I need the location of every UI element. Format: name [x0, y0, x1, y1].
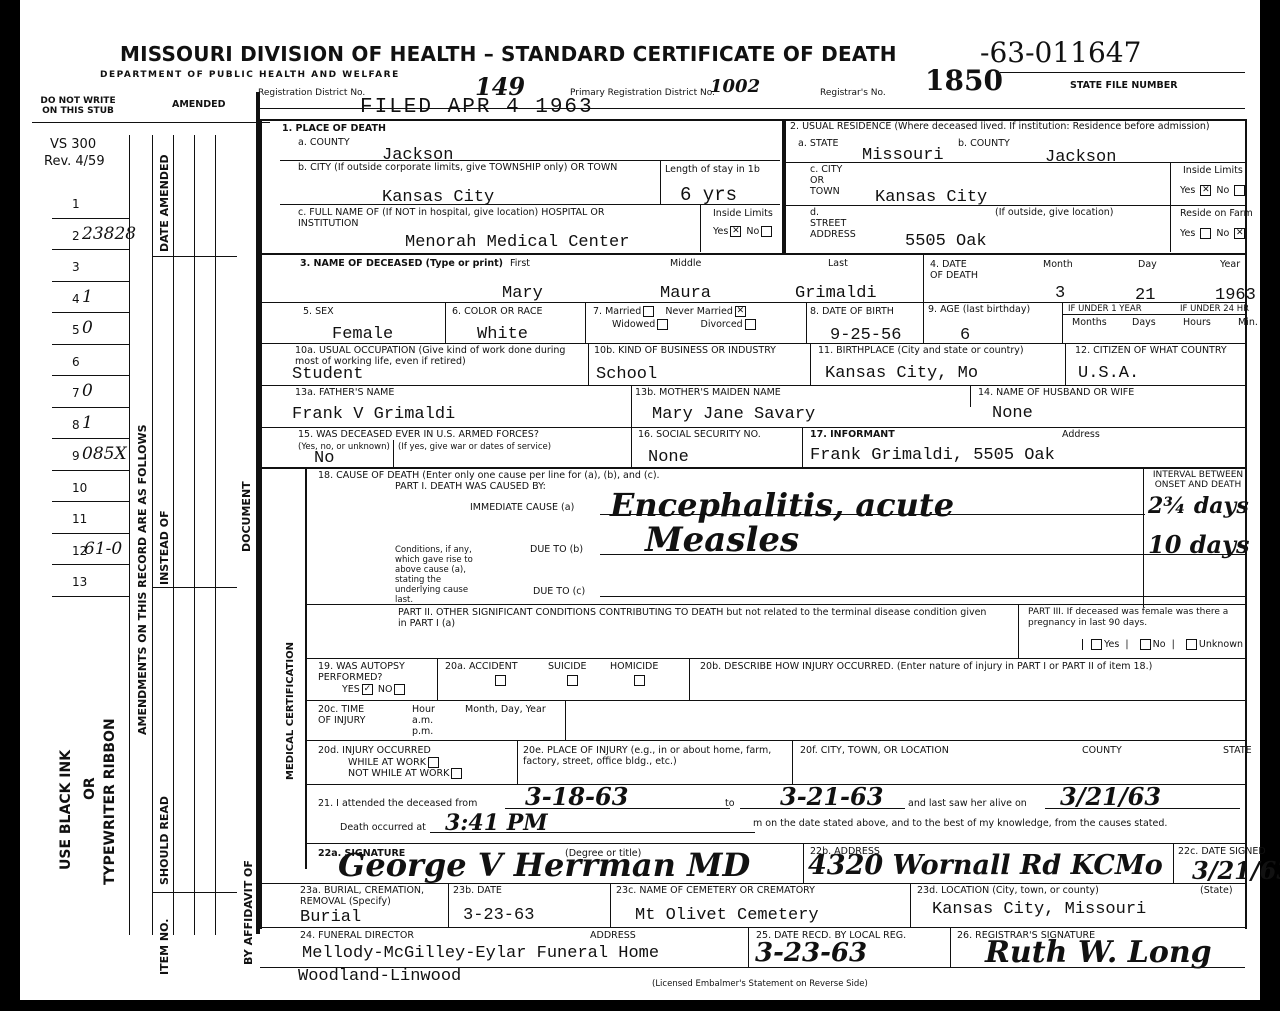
part3-label: PART III. If deceased was female was the… [1028, 607, 1278, 629]
stub-row-number: 6 [72, 355, 80, 369]
not-at-work-checkbox[interactable]: NOT WHILE AT WORK [348, 768, 464, 779]
race-value[interactable]: White [477, 325, 528, 344]
disposition-method-label: 23a. BURIAL, CREMATION, REMOVAL (Specify… [300, 885, 440, 907]
funeral-director-value[interactable]: Mellody-McGilley-Eylar Funeral Home [302, 944, 659, 963]
stub-row-value[interactable]: 61-0 [84, 539, 122, 559]
registrar-no-label: Registrar's No. [820, 88, 886, 99]
stub-row-number: 4 [72, 292, 80, 306]
stub-by-affidavit: BY AFFIDAVIT OF [242, 860, 255, 965]
hospital-value[interactable]: Menorah Medical Center [405, 233, 629, 252]
injury-state-label: STATE [1223, 745, 1252, 756]
stay-length-value[interactable]: 6 yrs [680, 184, 737, 206]
residence-street-label: d. STREET ADDRESS [810, 207, 855, 240]
autopsy-label: 19. WAS AUTOPSY PERFORMED? [318, 661, 433, 683]
father-label: 13a. FATHER'S NAME [295, 387, 394, 398]
dod-month-value[interactable]: 3 [1055, 284, 1065, 303]
stay-length-label: Length of stay in 1b [665, 164, 760, 175]
father-value[interactable]: Frank V Grimaldi [292, 405, 455, 424]
cemetery-value[interactable]: Mt Olivet Cemetery [635, 906, 819, 925]
registration-district-label: Registration District No. [258, 88, 365, 99]
state-file-number-label: STATE FILE NUMBER [1070, 80, 1178, 91]
certifier-signature: George V Herrman MD [338, 846, 750, 884]
first-name-value[interactable]: Mary [502, 284, 543, 303]
certifier-address-value[interactable]: 4320 Wornall Rd KCMo [808, 850, 1163, 881]
date-signed-value[interactable]: 3/21/63 [1192, 856, 1280, 885]
citizen-label: 12. CITIZEN OF WHAT COUNTRY [1075, 345, 1227, 356]
stub-should-read: SHOULD READ [158, 796, 171, 885]
deceased-name-label: 3. NAME OF DECEASED (Type or print) [300, 258, 503, 269]
part1-label: PART I. DEATH WAS CAUSED BY: [395, 481, 546, 492]
certificate-title: MISSOURI DIVISION OF HEALTH – STANDARD C… [120, 42, 897, 66]
suicide-label: SUICIDE [548, 661, 587, 672]
armed-forces-value[interactable]: No [314, 449, 334, 468]
min-label: Min. [1238, 317, 1258, 328]
residence-city-label: c. CITY OR TOWN [810, 164, 850, 197]
registrar-no-value: 1850 [925, 64, 1003, 97]
residence-county-label: b. COUNTY [958, 138, 1010, 149]
sex-value[interactable]: Female [332, 325, 393, 344]
stub-instead-of: INSTEAD OF [158, 510, 171, 585]
occupation-label: 10a. USUAL OCCUPATION (Give kind of work… [295, 345, 585, 367]
residence-street-note: (If outside, give location) [995, 207, 1114, 218]
date-of-death-label: 4. DATE OF DEATH [930, 259, 980, 281]
stub-item-no: ITEM NO. [158, 919, 171, 975]
dod-month-label: Month [1043, 259, 1073, 270]
armed-forces-sub1: (Yes, no, or unknown) [298, 442, 390, 453]
death-inside-limits-checkboxes[interactable]: Yes✕ No [713, 226, 774, 237]
part2-label: PART II. OTHER SIGNIFICANT CONDITIONS CO… [398, 607, 998, 629]
armed-forces-label: 15. WAS DECEASED EVER IN U.S. ARMED FORC… [298, 429, 539, 440]
occupation-value[interactable]: Student [292, 365, 363, 384]
stub-row-number: 2 [72, 229, 80, 243]
interval-a-value[interactable]: 2¾ days [1148, 493, 1249, 519]
death-certificate: MISSOURI DIVISION OF HEALTH – STANDARD C… [20, 0, 1260, 1000]
stub-do-not-write: DO NOT WRITE ON THIS STUB [38, 96, 118, 116]
attended-label: 21. I attended the deceased from [318, 798, 477, 809]
accident-label: 20a. ACCIDENT [445, 661, 518, 672]
days-label: Days [1132, 317, 1156, 328]
stub-ink-note-3: TYPEWRITER RIBBON [102, 718, 118, 885]
disposition-date-value[interactable]: 3-23-63 [463, 906, 534, 925]
residence-street-value[interactable]: 5505 Oak [905, 232, 987, 251]
registrar-signature: Ruth W. Long [985, 935, 1212, 970]
department-name: DEPARTMENT OF PUBLIC HEALTH AND WELFARE [100, 70, 400, 81]
place-of-injury-label: 20e. PLACE OF INJURY (e.g., in or about … [523, 745, 793, 767]
sex-label: 5. SEX [303, 306, 334, 317]
ssn-value[interactable]: None [648, 448, 689, 467]
interval-label: INTERVAL BETWEEN ONSET AND DEATH [1152, 470, 1244, 490]
race-label: 6. COLOR OR RACE [452, 306, 543, 317]
stub-row-value[interactable]: 0 [82, 381, 93, 401]
stub-row-number: 5 [72, 323, 80, 337]
cause-label: 18. CAUSE OF DEATH (Enter only one cause… [318, 470, 660, 481]
primary-district-value: 1002 [710, 76, 760, 97]
hour-label: Hour a.m. p.m. [412, 704, 440, 737]
mother-value[interactable]: Mary Jane Savary [652, 405, 815, 424]
stub-rev: Rev. 4/59 [44, 154, 105, 169]
stub-row-number: 11 [72, 512, 87, 526]
stub-ink-note-1: USE BLACK INK [58, 750, 74, 870]
stub-row-value[interactable]: 085X [82, 444, 127, 464]
residence-inside-limits-checkboxes[interactable]: Yes ✕ No [1180, 185, 1247, 196]
industry-label: 10b. KIND OF BUSINESS OR INDUSTRY [594, 345, 776, 356]
stub-date-amended: DATE AMENDED [158, 154, 171, 252]
stub-row-value[interactable]: 1 [82, 287, 93, 307]
stub-amendments-label: AMENDMENTS ON THIS RECORD ARE AS FOLLOWS [136, 424, 149, 735]
stub-row-number: 1 [72, 197, 80, 211]
suicide-checkbox[interactable] [565, 672, 580, 690]
stub-form-no: VS 300 [50, 137, 96, 152]
attended-from-value[interactable]: 3-18-63 [525, 782, 628, 811]
immediate-cause-value[interactable]: Encephalitis, acute [610, 486, 954, 524]
funeral-address-value[interactable]: Woodland-Linwood [298, 967, 461, 986]
disposition-state-label: (State) [1200, 885, 1233, 896]
hospital-label: c. FULL NAME OF (If NOT in hospital, giv… [298, 207, 628, 229]
marital-status-checkboxes-row2[interactable]: Widowed Divorced [612, 319, 758, 330]
residence-label: 2. USUAL RESIDENCE (Where deceased lived… [790, 121, 1240, 132]
funeral-address-label: ADDRESS [590, 930, 636, 941]
last-saw-value[interactable]: 3/21/63 [1060, 782, 1161, 811]
state-file-number: -63-011647 [980, 36, 1141, 69]
residence-county-value[interactable]: Jackson [1045, 148, 1116, 167]
embalmer-note: (Licensed Embalmer's Statement on Revers… [652, 979, 868, 990]
birthplace-value[interactable]: Kansas City, Mo [825, 364, 978, 383]
stub-row-value[interactable]: 23828 [82, 224, 136, 244]
dob-label: 8. DATE OF BIRTH [810, 306, 894, 317]
mother-label: 13b. MOTHER'S MAIDEN NAME [635, 387, 781, 398]
date-received-value[interactable]: 3-23-63 [755, 938, 867, 968]
stub-row-number: 13 [72, 575, 87, 589]
industry-value[interactable]: School [596, 365, 657, 384]
homicide-label: HOMICIDE [610, 661, 658, 672]
age-label: 9. AGE (last birthday) [928, 304, 1030, 315]
interval-b-value[interactable]: 10 days [1148, 530, 1250, 559]
stub-row-value[interactable]: 1 [82, 413, 93, 433]
dod-day-label: Day [1138, 259, 1157, 270]
immediate-cause-label: IMMEDIATE CAUSE (a) [470, 502, 574, 513]
disposition-method-value[interactable]: Burial [300, 908, 361, 927]
attended-to-value[interactable]: 3-21-63 [780, 782, 883, 811]
death-time-statement: m on the date stated above, and to the b… [753, 818, 1167, 829]
stub-row-number: 7 [72, 386, 80, 400]
death-city-label: b. CITY (If outside corporate limits, gi… [298, 162, 658, 173]
stub-row-number: 9 [72, 449, 80, 463]
marital-status-checkboxes[interactable]: 7. Married Never Married✕ [593, 306, 748, 317]
injury-county-label: COUNTY [1082, 745, 1122, 756]
death-county-label: a. COUNTY [298, 137, 350, 148]
conditions-note: Conditions, if any, which gave rise to a… [395, 545, 475, 605]
disposition-date-label: 23b. DATE [453, 885, 502, 896]
last-saw-label: and last saw her alive on [908, 798, 1027, 809]
injury-occurred-label: 20d. INJURY OCCURRED [318, 745, 508, 756]
describe-injury-label: 20b. DESCRIBE HOW INJURY OCCURRED. (Ente… [700, 661, 1152, 672]
due-to-b-label: DUE TO (b) [530, 544, 583, 555]
stub-document: DOCUMENT [240, 481, 253, 552]
due-to-c-label: DUE TO (c) [533, 586, 585, 597]
stub-row-value[interactable]: 0 [82, 318, 93, 338]
spouse-label: 14. NAME OF HUSBAND OR WIFE [978, 387, 1134, 398]
medical-certification-label: MEDICAL CERTIFICATION [285, 642, 296, 780]
stub-row-number: 8 [72, 418, 80, 432]
informant-label: 17. INFORMANT [810, 429, 895, 440]
mdy-label: Month, Day, Year [465, 704, 546, 715]
informant-address-label: Address [1062, 429, 1100, 440]
death-inside-limits-label: Inside Limits [713, 208, 773, 219]
funeral-director-label: 24. FUNERAL DIRECTOR [300, 930, 414, 941]
residence-state-label: a. STATE [798, 138, 839, 149]
disposition-location-label: 23d. LOCATION (City, town, or county) [917, 885, 1099, 896]
birthplace-label: 11. BIRTHPLACE (City and state or countr… [818, 345, 1024, 356]
disposition-location-value[interactable]: Kansas City, Missouri [932, 900, 1146, 919]
citizen-value[interactable]: U.S.A. [1078, 364, 1139, 383]
pregnancy-checkboxes[interactable]: Yes | No | Unknown [1082, 639, 1243, 650]
autopsy-checkboxes[interactable]: YES✓ NO [342, 684, 407, 695]
armed-forces-sub2: (If yes, give war or dates of service) [398, 442, 551, 453]
months-label: Months [1072, 317, 1107, 328]
dod-year-label: Year [1220, 259, 1240, 270]
accident-checkbox[interactable] [493, 672, 508, 690]
stub-ink-note-2: OR [82, 777, 98, 800]
stub-row-number: 3 [72, 260, 80, 274]
attended-to-label: to [725, 798, 735, 809]
injury-city-label: 20f. CITY, TOWN, OR LOCATION [800, 745, 949, 756]
place-of-death-label: 1. PLACE OF DEATH [282, 123, 386, 134]
residence-inside-limits-label: Inside Limits [1183, 165, 1243, 176]
informant-value[interactable]: Frank Grimaldi, 5505 Oak [810, 446, 1055, 465]
hours-label: Hours [1183, 317, 1211, 328]
death-time-label: Death occurred at [340, 822, 426, 833]
time-of-injury-label: 20c. TIME OF INJURY [318, 704, 373, 726]
stub-amended-label: AMENDED [172, 99, 226, 110]
at-work-checkbox[interactable]: WHILE AT WORK [348, 757, 441, 768]
middle-name-label: Middle [670, 258, 701, 269]
first-name-label: First [510, 258, 530, 269]
last-name-label: Last [828, 258, 848, 269]
last-name-value[interactable]: Grimaldi [795, 284, 877, 303]
stub-row-number: 10 [72, 481, 87, 495]
spouse-value[interactable]: None [992, 404, 1033, 423]
reside-on-farm-label: Reside on Farm [1180, 208, 1253, 219]
ssn-label: 16. SOCIAL SECURITY NO. [638, 429, 761, 440]
cemetery-label: 23c. NAME OF CEMETERY OR CREMATORY [616, 885, 815, 896]
middle-name-value[interactable]: Maura [660, 284, 711, 303]
homicide-checkbox[interactable] [632, 672, 647, 690]
reside-on-farm-checkboxes[interactable]: Yes No ✕ [1180, 228, 1247, 239]
